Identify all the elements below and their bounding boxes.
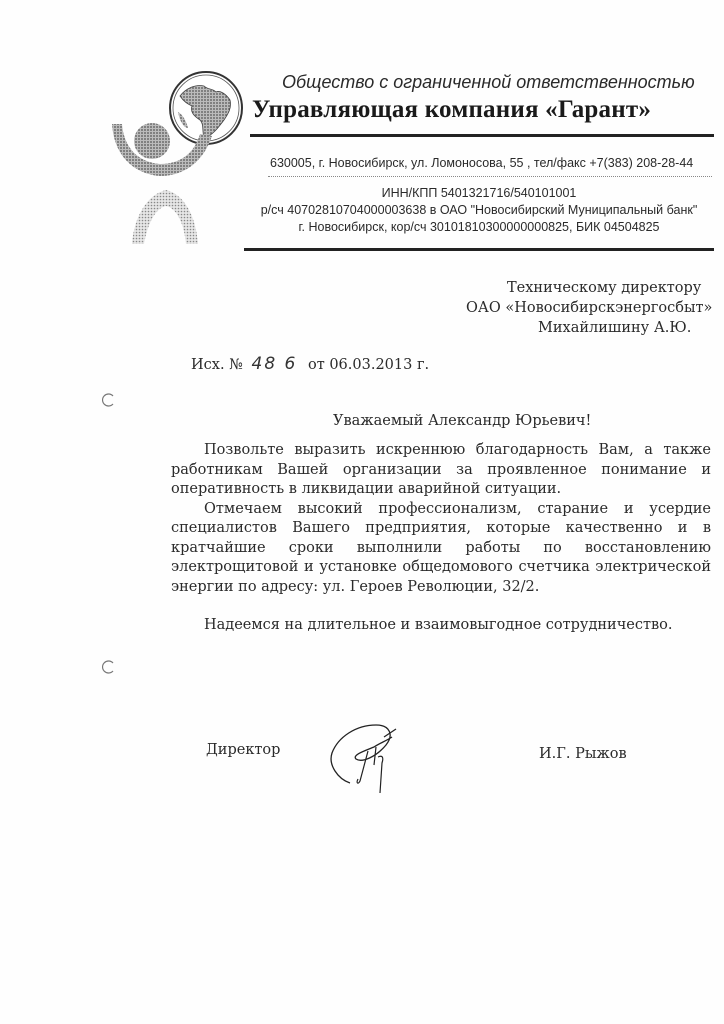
header-rule-top: [250, 134, 714, 137]
scanned-letter-page: Общество с ограниченной ответственностью…: [0, 0, 724, 1024]
requisites-corr-account: г. Новосибирск, кор/сч 30101810300000000…: [244, 219, 714, 236]
signatory-name: И.Г. Рыжов: [539, 746, 627, 762]
globe-and-figure-logo-icon: [108, 66, 258, 256]
handwritten-signature-icon: [320, 695, 410, 795]
company-address: 630005, г. Новосибирск, ул. Ломоносова, …: [270, 156, 693, 170]
body-paragraph: Отмечаем высокий профессионализм, старан…: [171, 500, 711, 598]
salutation: Уважаемый Александр Юрьевич!: [333, 413, 591, 429]
company-requisites: ИНН/КПП 5401321716/540101001 р/сч 407028…: [244, 185, 714, 236]
punch-hole-mark-icon: [102, 393, 116, 407]
closing-sentence: Надеемся на длительное и взаимовыгодное …: [171, 616, 711, 636]
addressee-position: Техническому директору: [440, 278, 710, 298]
signatory-title: Директор: [206, 742, 280, 758]
outgoing-number-handwritten: 48 6: [252, 354, 298, 374]
body-paragraph: Позвольте выразить искреннюю благодарнос…: [171, 441, 711, 500]
outgoing-reference: Исх. № 48 6 от 06.03.2013 г.: [191, 354, 429, 374]
header-rule-bottom: [244, 248, 714, 251]
outgoing-date: от 06.03.2013 г.: [308, 357, 429, 373]
outgoing-prefix: Исх. №: [191, 357, 243, 373]
letter-body: Позвольте выразить искреннюю благодарнос…: [171, 441, 711, 636]
addressee-name: Михайлишину А.Ю.: [440, 318, 710, 338]
organization-type: Общество с ограниченной ответственностью: [282, 72, 712, 93]
requisites-account: р/сч 40702810704000003638 в ОАО "Новосиб…: [244, 202, 714, 219]
requisites-inn: ИНН/КПП 5401321716/540101001: [244, 185, 714, 202]
address-underline: [268, 176, 712, 177]
organization-name: Управляющая компания «Гарант»: [252, 96, 712, 124]
addressee-company: ОАО «Новосибирскэнергосбыт»: [440, 298, 710, 318]
addressee-block: Техническому директору ОАО «Новосибирскэ…: [440, 278, 710, 338]
punch-hole-mark-icon: [102, 660, 116, 674]
